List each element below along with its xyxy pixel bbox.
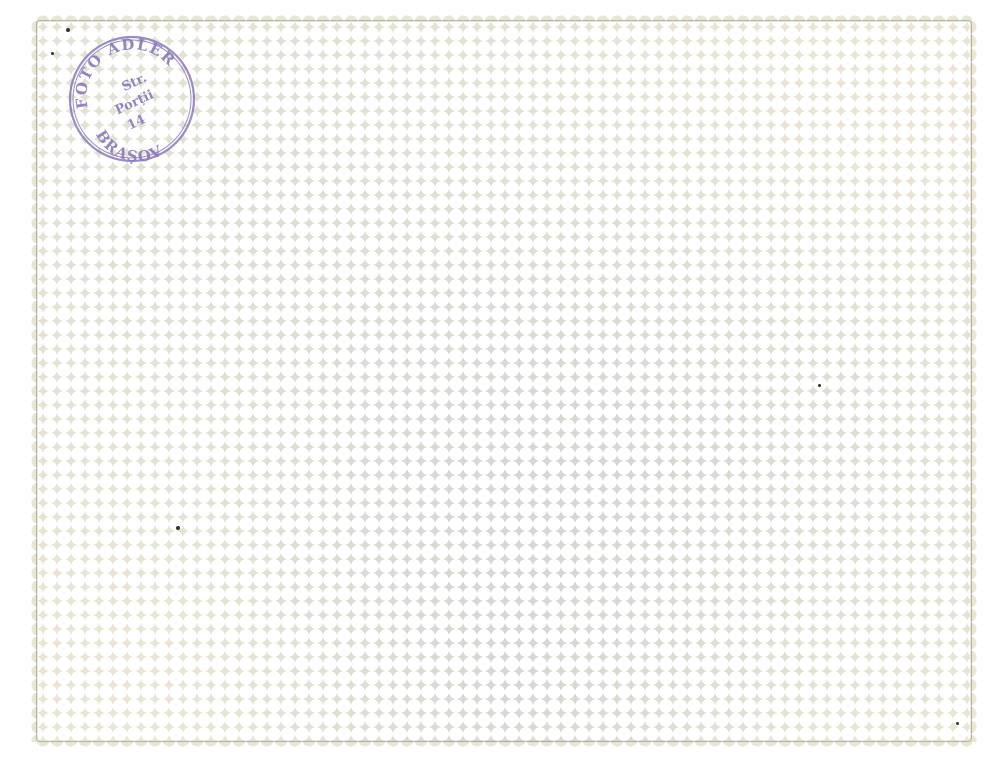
stamp-line-3: 14 xyxy=(125,112,148,133)
speck xyxy=(176,526,180,530)
speck xyxy=(51,52,54,55)
speck xyxy=(956,722,959,725)
svg-text:BRAȘOV: BRAȘOV xyxy=(92,127,166,164)
photographer-stamp: FOTO ADLER BRAȘOV Str. Porții 14 xyxy=(66,34,198,164)
speck xyxy=(66,28,70,32)
stamp-bottom-arc: BRAȘOV xyxy=(92,127,166,164)
stamp-line-2: Porții xyxy=(113,87,156,118)
speck xyxy=(818,384,821,387)
